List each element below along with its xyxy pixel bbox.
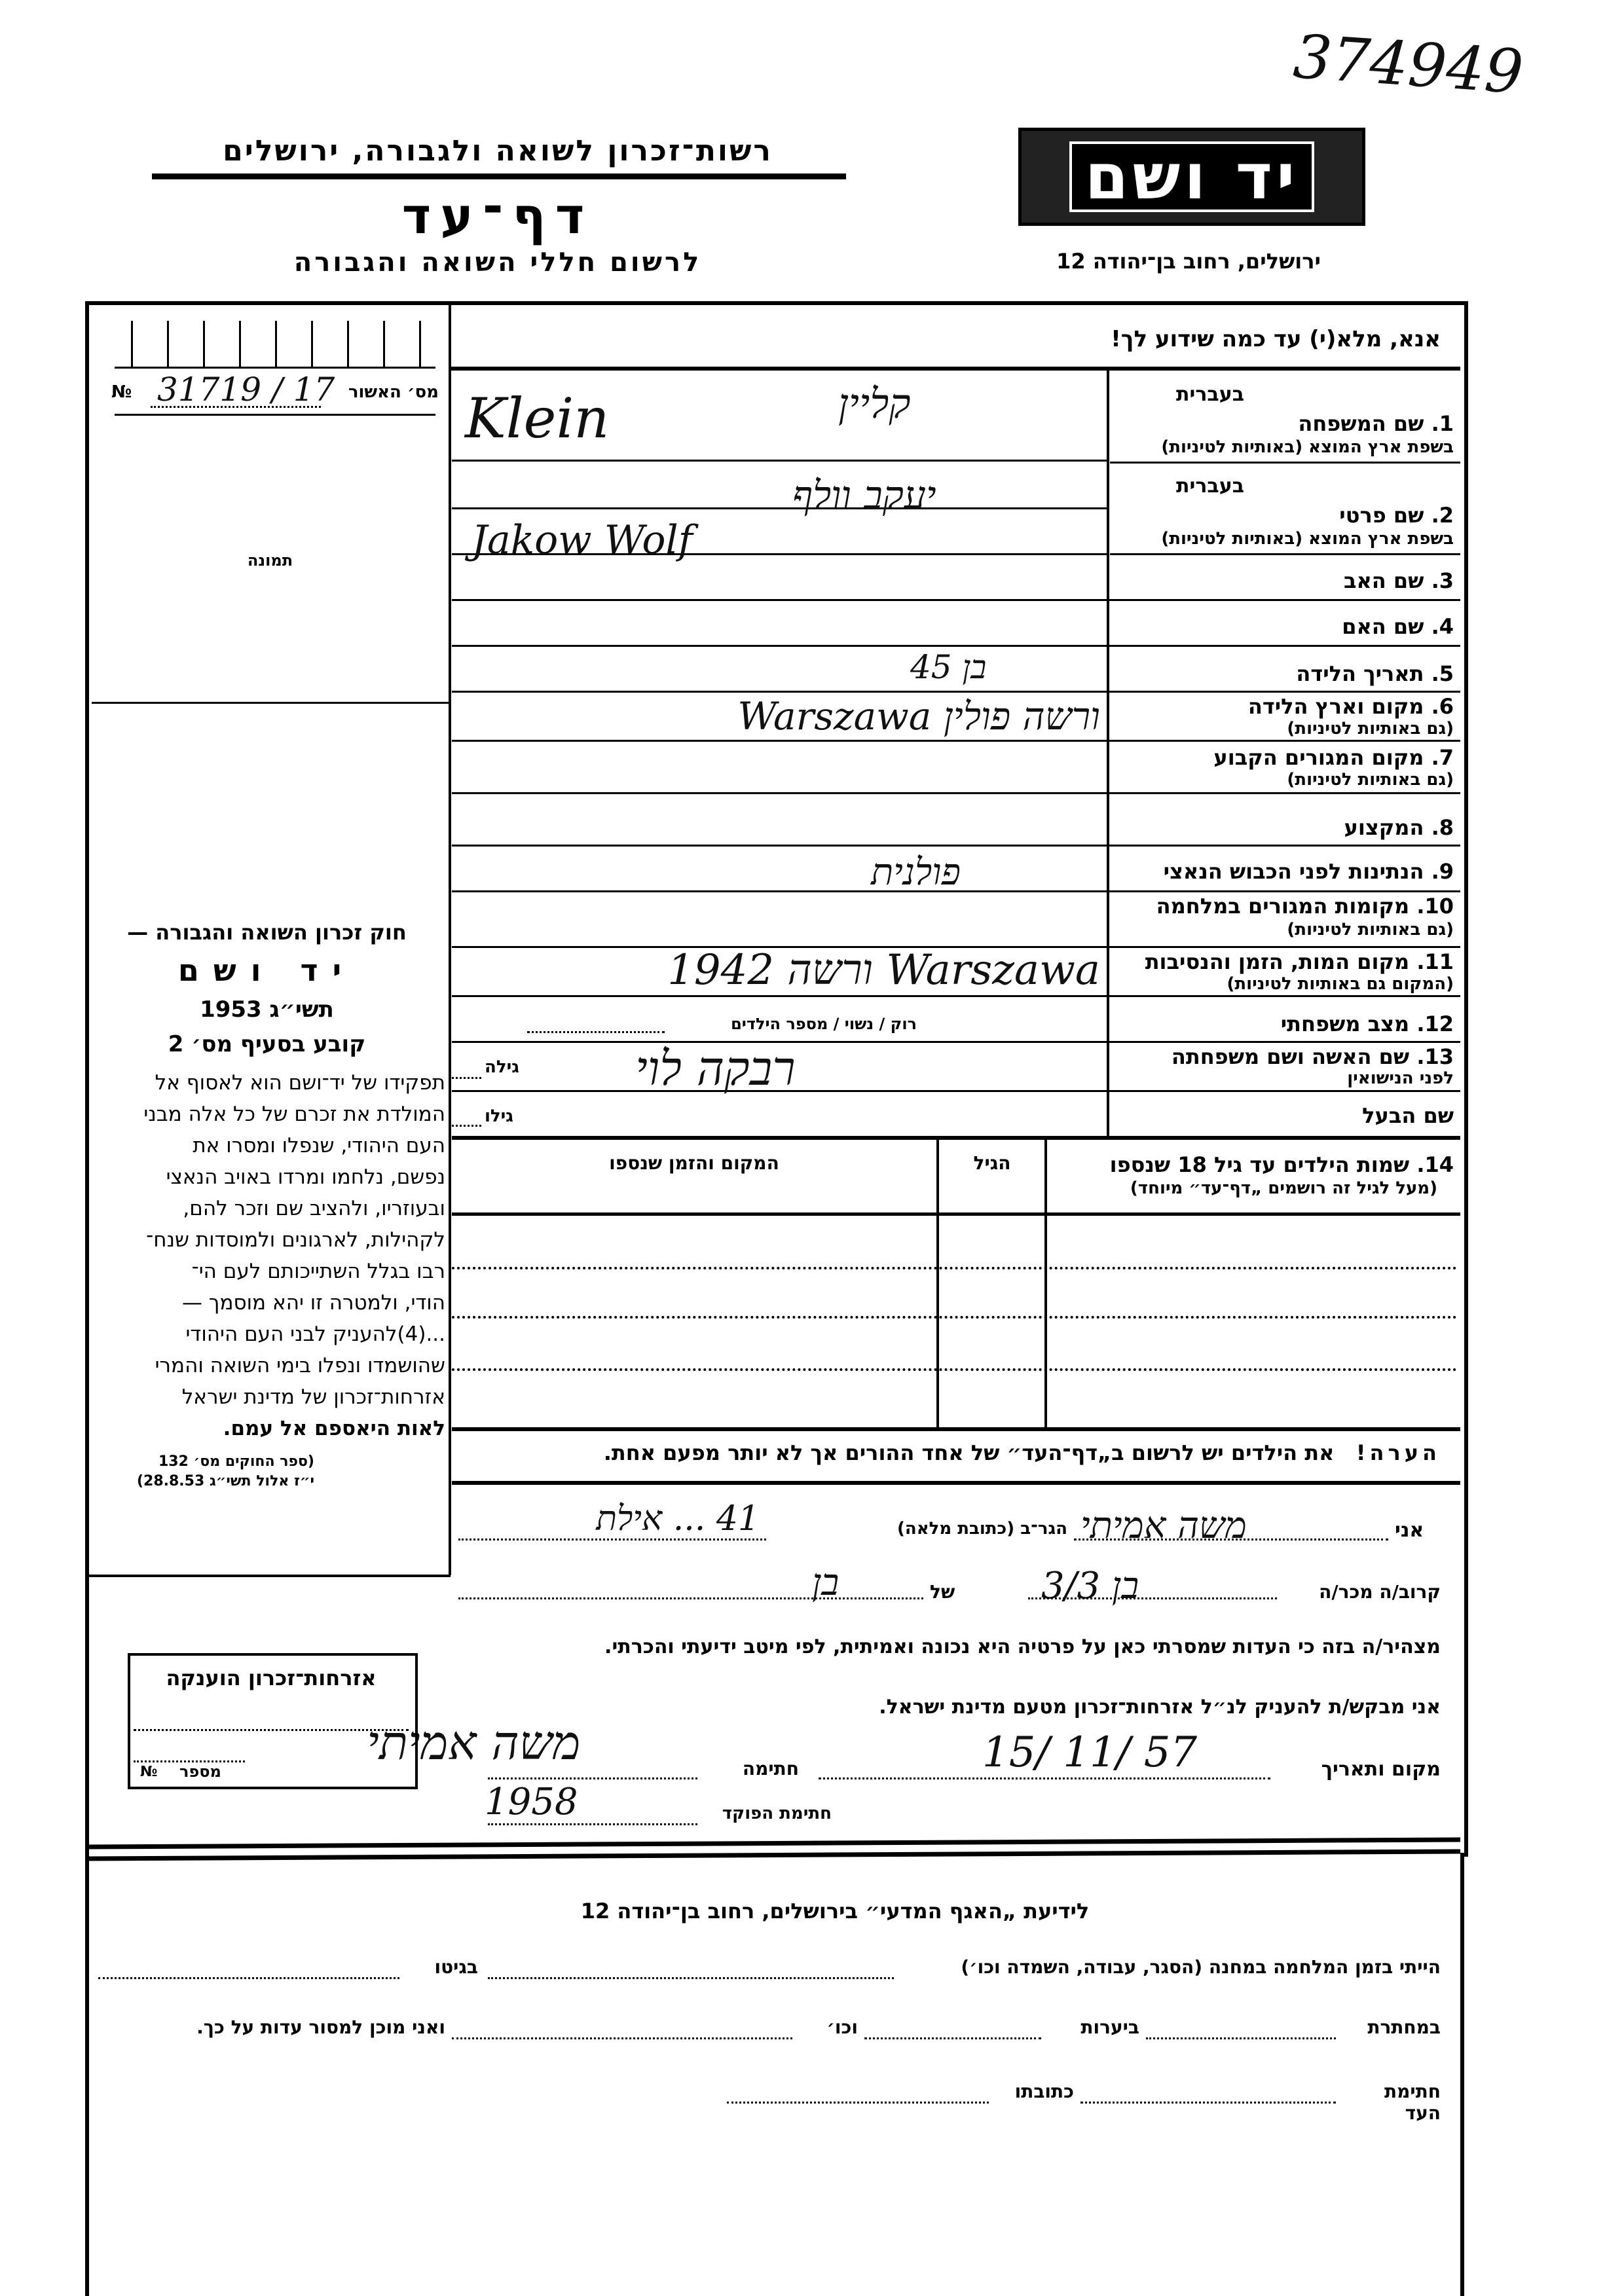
of-label: של — [930, 1581, 955, 1603]
given-name-latin-value[interactable]: Jakow Wolf — [471, 517, 693, 563]
law-body: תפקידו של יד־ושם הוא לאסוף אל המולדת את … — [95, 1067, 445, 1444]
photo-bottom-rule — [92, 702, 449, 704]
field-death-place: 11. מקום המות, הזמן והנסיבות — [1145, 949, 1454, 974]
family-name-latin-value[interactable]: Klein — [465, 386, 609, 450]
signature-label: חתימה — [707, 1758, 799, 1779]
children-col-place: המקום והזמן שנספו — [452, 1152, 936, 1174]
given-name-hebrew-value[interactable]: יעקב וולף — [792, 473, 936, 519]
instruction-text: אנא, מלא(י) עד כמה שידוע לך! — [458, 326, 1441, 352]
relation-value[interactable]: בן 3/3 — [1041, 1565, 1139, 1607]
forests-input[interactable] — [864, 2037, 1041, 2039]
authority-name: רשות־זכרון לשואה ולגבורה, ירושלים — [154, 134, 841, 168]
family-name-hebrew-value[interactable]: קליין — [838, 380, 911, 428]
approval-number-value[interactable]: 31719 / 17 — [157, 371, 335, 409]
husband-age-label: גילו — [485, 1106, 513, 1126]
field-mother-name: 4. שם האם — [1342, 614, 1454, 639]
law-box-bottom — [89, 1575, 451, 1577]
label-column-divider — [1107, 371, 1109, 1137]
request-text: אני מבקש/ת להעניק לנ״ל אזרחות־זכרון מטעם… — [655, 1696, 1441, 1719]
yad-vashem-logo: יד ושם — [1018, 128, 1365, 226]
approval-number-row: № 31719 / 17 מס׳ האשור — [111, 374, 439, 414]
declaration-text: מצהיר/ה בזה כי העדות שמסרתי כאן על פרטיה… — [458, 1635, 1441, 1658]
wife-age-label: גילה — [485, 1057, 519, 1077]
children-col-divider-2 — [936, 1140, 939, 1428]
citizenship-number-label[interactable]: מספר — [179, 1762, 221, 1781]
bottom-line1-a: הייתי בזמן המלחמה במחנה (הסגר, עבודה, הש… — [904, 1956, 1441, 1978]
officer-signature-label: חתימת הפוקד — [707, 1804, 832, 1823]
death-place-value[interactable]: Warszawa ורשה 1942 — [471, 946, 1100, 994]
tally-rule — [115, 367, 435, 369]
field-birth-place: 6. מקום וארץ הלידה — [1248, 694, 1454, 719]
declarant-address[interactable]: 41 ... אילת — [511, 1499, 760, 1539]
frame-right — [1460, 1853, 1464, 2296]
table-row[interactable] — [452, 1267, 1457, 1269]
witness-address-input[interactable] — [727, 2102, 989, 2104]
bottom-line2-b: ביערות — [1048, 2016, 1139, 2038]
underground-input[interactable] — [1146, 2037, 1336, 2039]
law-ref-1: (ספר החוקים מס׳ 132 — [98, 1453, 314, 1470]
field-husband-name: שם הבעל — [1362, 1103, 1454, 1128]
table-row[interactable] — [452, 1368, 1457, 1371]
bottom-line2-c: וכו׳ — [805, 2016, 858, 2038]
law-section: קובע בסעיף מס׳ 2 — [92, 1031, 442, 1057]
form-title: דף־עד — [154, 187, 841, 245]
children-col-age: הגיל — [940, 1152, 1044, 1174]
officer-signature-value[interactable]: 1958 — [485, 1781, 578, 1823]
left-column-divider — [449, 305, 451, 1575]
field-wife-name: 13. שם האשה ושם משפחתה — [1172, 1044, 1454, 1069]
form-subtitle: לרשום חללי השואה והגבורה — [154, 247, 841, 278]
law-year: תשי״ג 1953 — [92, 996, 442, 1023]
note: הערה! את הילדים יש לרשום ב„דף־העד״ של אח… — [458, 1440, 1441, 1465]
law-title: חוק זכרון השואה והגבורה — — [92, 920, 442, 945]
field-birth-date: 5. תאריך הלידה — [1296, 661, 1454, 686]
field-wartime-residence: 10. מקומות המגורים במלחמה — [1156, 894, 1454, 919]
address: ירושלים, רחוב בן־יהודה 12 — [1018, 249, 1359, 274]
children-title: 14. שמות הילדים עד גיל 18 שנספו — [1110, 1152, 1454, 1177]
citizenship-title: אזרחות־זכרון הוענקה — [137, 1666, 405, 1690]
declarant-name[interactable]: משה אמיתי — [1080, 1504, 1247, 1547]
header-rule — [152, 173, 846, 179]
place-date-value[interactable]: 15/ 11/ 57 — [982, 1728, 1197, 1777]
bottom-line3-b: כתובתו — [995, 2081, 1074, 2102]
note-bottom-rule — [452, 1481, 1460, 1485]
children-col-divider-1 — [1044, 1140, 1047, 1428]
nationality-value[interactable]: פולנית — [871, 851, 961, 894]
logo-text: יד ושם — [1069, 141, 1315, 212]
field-profession: 8. המקצוע — [1344, 815, 1454, 840]
table-row[interactable] — [452, 1316, 1457, 1319]
approval-rule — [115, 414, 435, 416]
relation-label: קרוב/ה מכר/ה — [1283, 1581, 1441, 1603]
field-residence: 7. מקום המגורים הקבוע — [1213, 745, 1454, 770]
field-nationality: 9. הנתינות לפני הכבוש הנאצי — [1164, 859, 1454, 884]
children-bottom-rule — [452, 1427, 1460, 1431]
birth-place-value[interactable]: ורשה פולין Warszawa — [537, 694, 1100, 738]
bottom-line2-d: ואני מוכן למסור עדות על כך. — [98, 2016, 445, 2038]
note-label: הערה! — [1356, 1440, 1441, 1465]
approval-number-label: מס׳ האשור — [348, 382, 439, 402]
law-name: יד ושם — [92, 953, 442, 988]
other-input[interactable] — [452, 2037, 792, 2039]
field-marital-status: 12. מצב משפחתי — [1281, 1011, 1454, 1036]
citizenship-box: אזרחות־זכרון הוענקה № מספר — [128, 1653, 418, 1789]
frame-left — [85, 1853, 89, 2296]
marital-options[interactable]: רוק / נשוי / מספר הילדים — [668, 1015, 917, 1033]
note-text: את הילדים יש לרשום ב„דף־העד״ של אחד ההור… — [604, 1440, 1335, 1465]
law-ref-2: י״ז אלול תשי״ג 28.8.53) — [98, 1473, 314, 1489]
bottom-line2-a: במחתרת — [1342, 2016, 1441, 2038]
children-header-rule — [452, 1212, 1460, 1216]
bottom-line3-a: חתימת העד — [1342, 2081, 1441, 2124]
birth-date-value[interactable]: בן 45 — [910, 648, 986, 686]
bottom-line1-b: בגיטו — [413, 1956, 478, 1978]
camp-input[interactable] — [488, 1977, 894, 1979]
citizenship-no-sign: № — [140, 1764, 157, 1780]
declarant-i-label: אני — [1395, 1519, 1424, 1542]
resides-label: הגר־ב (כתובת מלאה) — [773, 1519, 1067, 1539]
field-father-name: 3. שם האב — [1344, 568, 1454, 593]
witness-signature-input[interactable] — [1080, 2102, 1336, 2104]
children-title-sub: (מעל לגיל זה רושמים „דף־עד״ מיוחד) — [1130, 1178, 1437, 1198]
bottom-title: לידיעת „האגף המדעי״ בירושלים, רחוב בן־יה… — [458, 1899, 1211, 1923]
wife-name-value[interactable]: רבקה לוי — [635, 1041, 796, 1097]
instruction-rule — [451, 367, 1460, 371]
photo-label[interactable]: תמונה — [92, 551, 449, 570]
archive-number: 374949 — [1291, 22, 1526, 107]
no-sign: № — [111, 382, 132, 402]
place-date-label: מקום ותאריך — [1283, 1758, 1441, 1781]
ghetto-input[interactable] — [98, 1977, 399, 1979]
